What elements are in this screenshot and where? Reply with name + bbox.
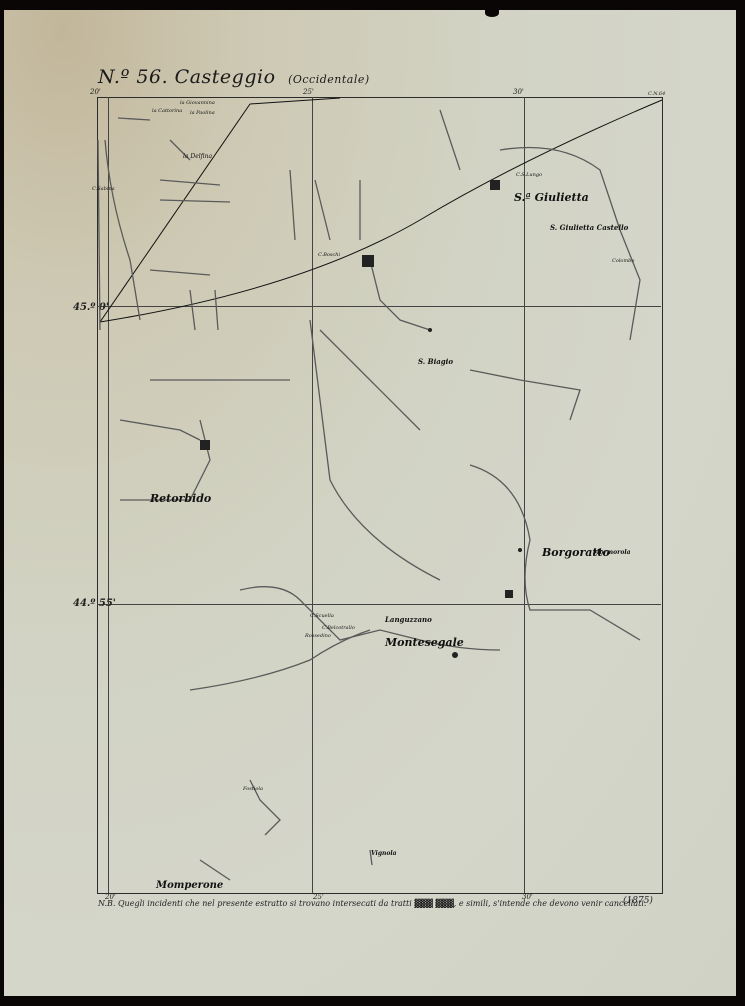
label-momperone: Momperone — [156, 880, 223, 891]
label-c-belcotrallo: C.Belcotrallo — [322, 625, 355, 631]
label-retorbido: Retorbido — [150, 492, 211, 505]
label-rossedino: Rossedino — [305, 633, 331, 639]
label-montesegale: Montesegale — [385, 636, 464, 649]
label-cascina-left: C.Sabina — [92, 186, 115, 192]
label-vignola: Vignola — [371, 850, 397, 857]
label-c-scuella: C.Scuella — [310, 613, 334, 619]
label-mormorola: Mormorola — [593, 549, 631, 556]
year-label: (1875) — [623, 896, 653, 906]
label-fostiola: Fostiola — [243, 786, 263, 792]
label-la-cattorina: la Cattorina — [152, 108, 182, 114]
label-c-boschi: C.Boschi — [318, 252, 340, 258]
label-colombo: Colombo — [612, 258, 634, 264]
label-la-paolina: la Paolina — [190, 110, 215, 116]
footnote: N.B. Quegli incidenti che nel presente e… — [98, 899, 646, 908]
label-languzzano: Languzzano — [385, 615, 432, 624]
label-la-giovannina: la Giovannina — [180, 100, 215, 106]
label-s-giulietta: S.ª Giulietta — [514, 191, 589, 204]
label-c-lungo: C.S.Lungo — [516, 172, 542, 178]
label-s-giulietta-castello: S. Giulietta Castello — [550, 223, 628, 232]
label-s-biagio: S. Biagio — [418, 357, 453, 366]
label-la-delfina: la Delfina — [183, 153, 212, 160]
